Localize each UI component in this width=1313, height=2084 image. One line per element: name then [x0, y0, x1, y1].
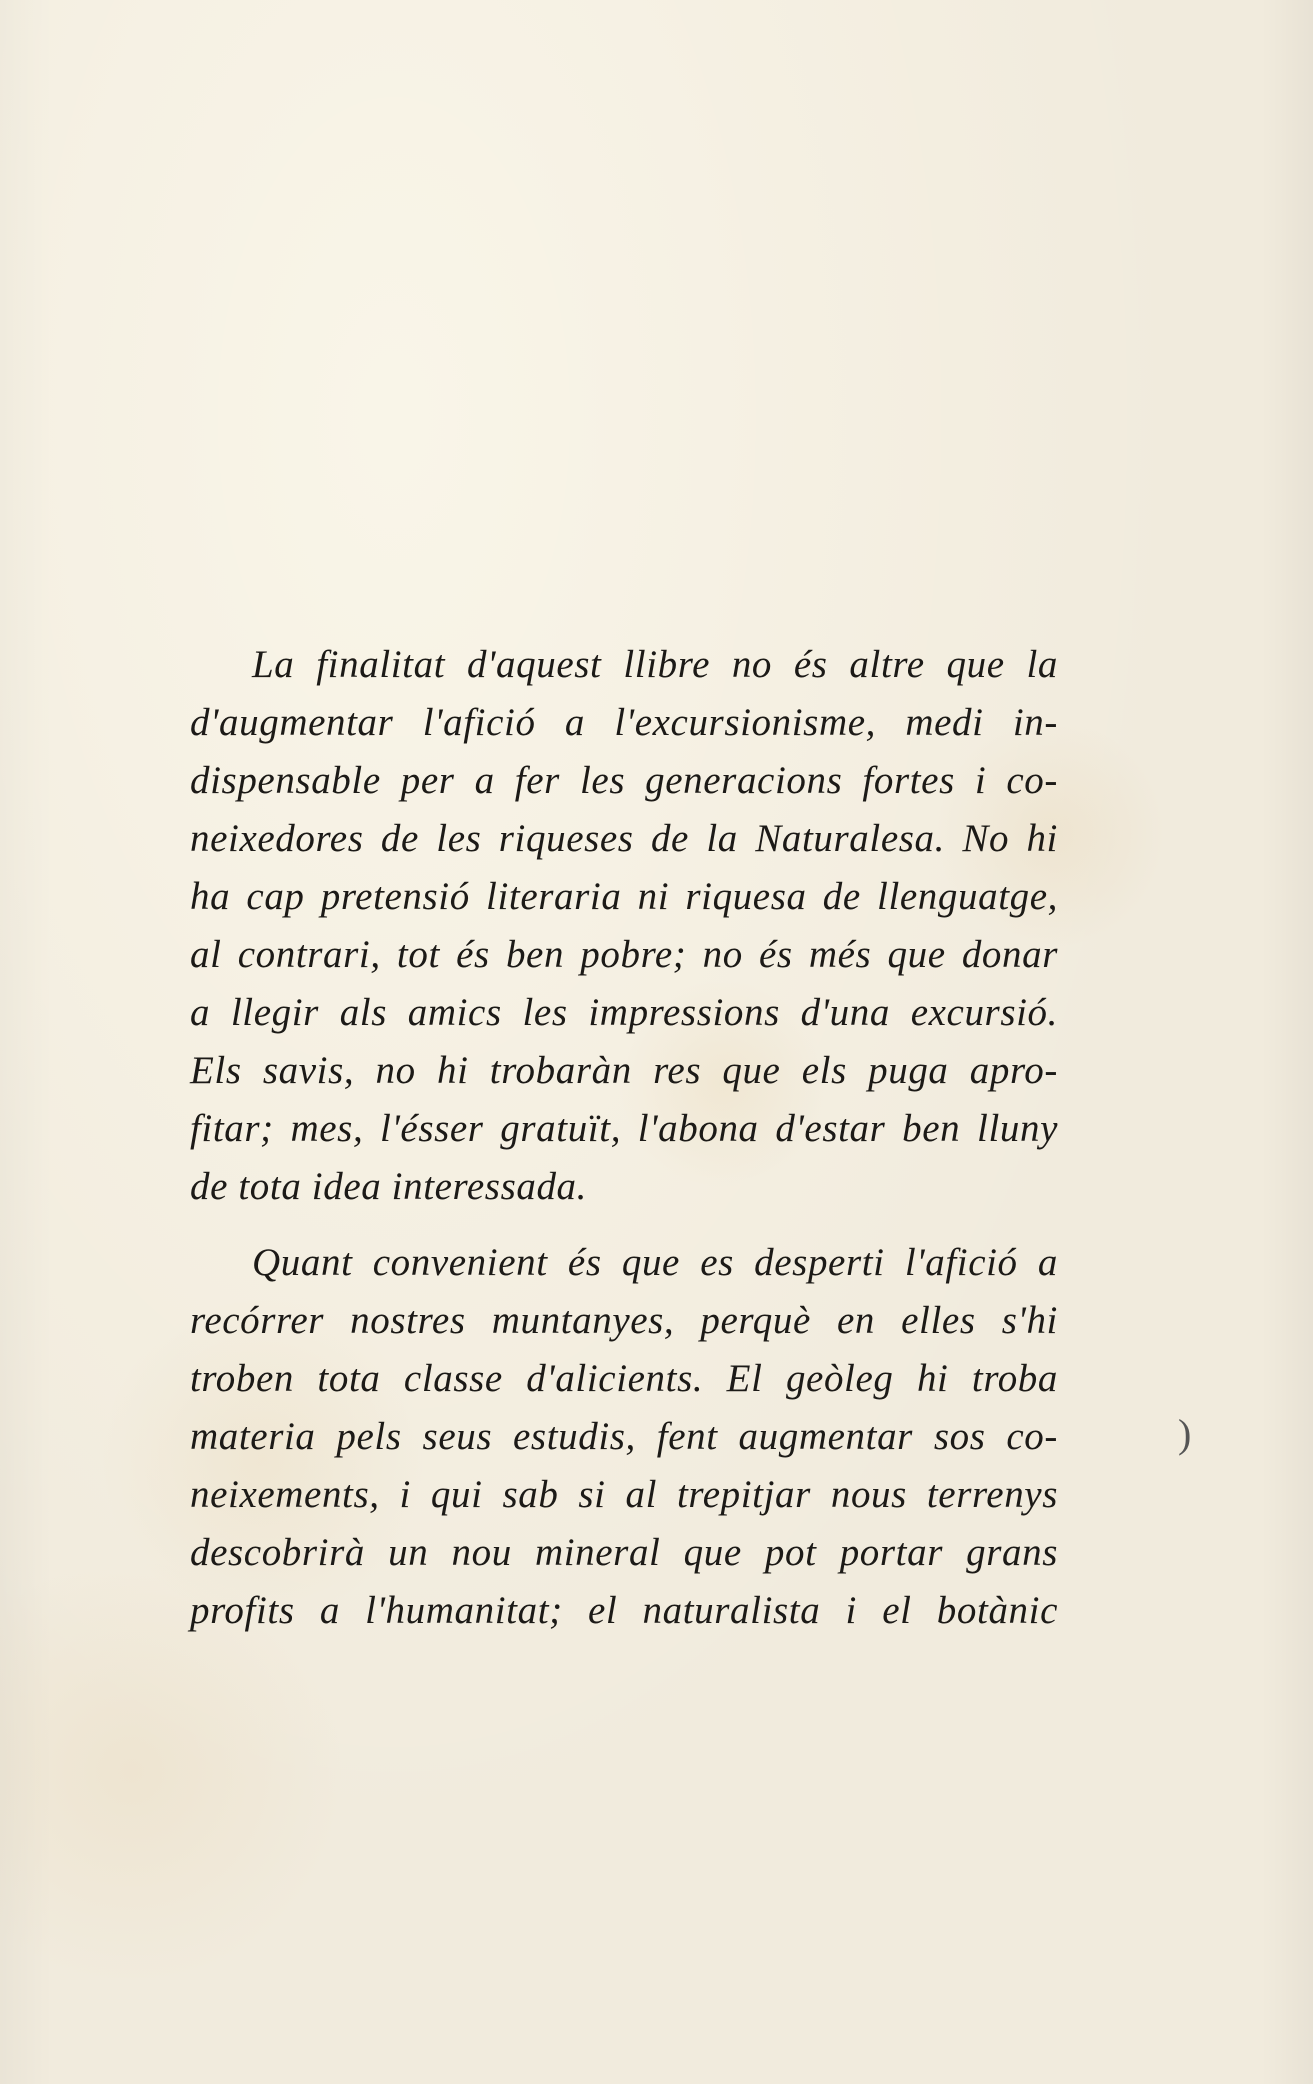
text-line: Els savis, no hi trobaràn res que els pu…	[190, 1042, 1058, 1100]
text-line: al contrari, tot és ben pobre; no és més…	[190, 926, 1058, 984]
paragraph-2: Quant convenient és que es desperti l'af…	[190, 1234, 1058, 1640]
text-line: d'augmentar l'afició a l'excursionisme, …	[190, 694, 1058, 752]
text-line: profits a l'humanitat; el naturalista i …	[190, 1582, 1058, 1640]
paragraph-1: La finalitat d'aquest llibre no és altre…	[190, 636, 1058, 1216]
text-line: recórrer nostres muntanyes, perquè en el…	[190, 1292, 1058, 1350]
margin-mark: )	[1178, 1410, 1191, 1457]
paragraph-spacer	[190, 1216, 1058, 1234]
body-text: La finalitat d'aquest llibre no és altre…	[190, 636, 1058, 1640]
text-line: Quant convenient és que es desperti l'af…	[190, 1234, 1058, 1292]
text-line: a llegir als amics les impressions d'una…	[190, 984, 1058, 1042]
book-page: La finalitat d'aquest llibre no és altre…	[0, 0, 1313, 2084]
text-line: de tota idea interessada.	[190, 1158, 1058, 1216]
text-line: descobrirà un nou mineral que pot portar…	[190, 1524, 1058, 1582]
text-line: dispensable per a fer les generacions fo…	[190, 752, 1058, 810]
text-line: La finalitat d'aquest llibre no és altre…	[190, 636, 1058, 694]
text-line: materia pels seus estudis, fent augmenta…	[190, 1408, 1058, 1466]
text-line: fitar; mes, l'ésser gratuït, l'abona d'e…	[190, 1100, 1058, 1158]
text-line: neixedores de les riqueses de la Natural…	[190, 810, 1058, 868]
text-line: ha cap pretensió literaria ni riquesa de…	[190, 868, 1058, 926]
text-line: neixements, i qui sab si al trepitjar no…	[190, 1466, 1058, 1524]
text-line: troben tota classe d'alicients. El geòle…	[190, 1350, 1058, 1408]
